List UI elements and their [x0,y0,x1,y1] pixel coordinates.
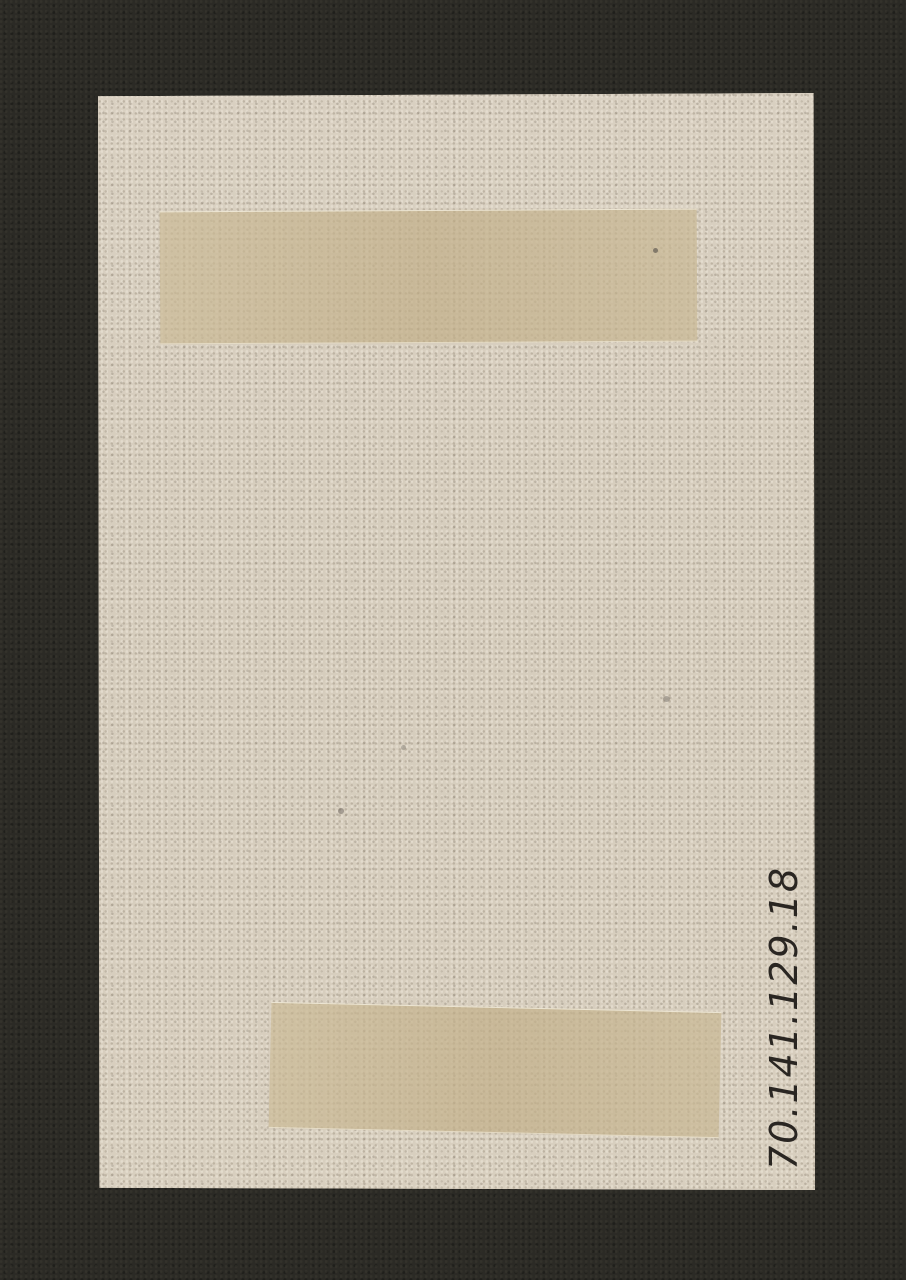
stain-spot [663,696,670,702]
card-back [98,93,815,1190]
tape-strip-top [160,209,698,345]
stain-spot [653,248,658,253]
stain-spot [401,745,406,750]
stain-spot [338,808,344,814]
accession-number: 70.141.129.18 [762,866,806,1170]
tape-strip-bottom [269,1002,722,1138]
